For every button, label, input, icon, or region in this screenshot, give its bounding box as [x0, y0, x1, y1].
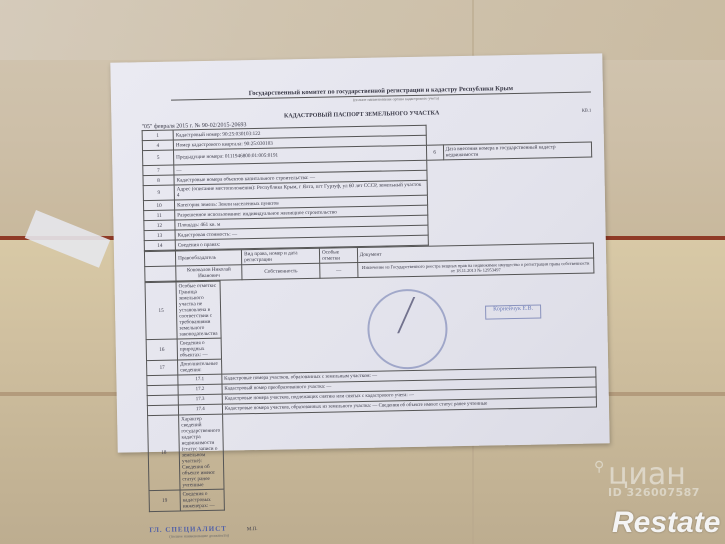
row-text: Дата внесения номера в государственный к…: [443, 142, 592, 160]
row-number: 11: [144, 210, 175, 221]
row-text: Сведения о кадастровых инженерах: —: [180, 489, 224, 511]
cian-listing-id: ID 326007587: [608, 486, 700, 499]
row-number: 9: [143, 185, 174, 201]
row-number: 15: [145, 282, 177, 340]
location-pin-icon: ⚲: [594, 459, 604, 476]
row-number: 10: [143, 200, 174, 211]
row-number: 5: [142, 150, 173, 166]
row-number: 7: [143, 165, 174, 176]
row-number: 18: [148, 415, 180, 491]
form-code: КВ.1: [582, 108, 592, 114]
rights-notes: —: [320, 263, 358, 279]
seal-label: М.П.: [247, 527, 258, 532]
row-number: 14: [144, 240, 175, 251]
floor-tile-top: [0, 0, 725, 60]
row-text: Особые отметки: Граница земельного участ…: [176, 281, 221, 339]
row-number: 12: [144, 220, 175, 231]
rights-type: Собственность: [242, 263, 320, 279]
row-number: 19: [149, 490, 180, 512]
passport-table: 1Кадастровый номер: 90:25:030103:1224Ном…: [142, 122, 594, 252]
row-number: 17: [147, 360, 178, 376]
row-text: Характер сведений государственного кадас…: [179, 414, 224, 490]
rights-header-type: Вид права, номер и дата регистрации: [242, 248, 320, 264]
row-number: 8: [143, 175, 174, 186]
rights-header-holder: Правообладатель: [175, 250, 241, 266]
row-text: Дополнительные сведения:: [178, 359, 222, 375]
row-number: 13: [144, 230, 175, 241]
row-number: 4: [142, 140, 173, 151]
row-text: Сведения о природных объектах: —: [177, 338, 221, 360]
row-number: 16: [146, 339, 177, 361]
rights-header-notes: Особые отметки: [319, 248, 357, 264]
row-number: 1: [142, 130, 173, 141]
cadastral-passport-document: Государственный комитет по государственн…: [110, 53, 609, 452]
restate-watermark-logo: Restate: [612, 508, 720, 538]
table-row: 18Характер сведений государственного кад…: [148, 407, 598, 491]
row-number: 6: [426, 145, 443, 160]
signer-name-stamp: Корнейчук Е.В.: [485, 305, 541, 320]
rights-holder: Коновалов Николай Иванович: [176, 265, 242, 281]
